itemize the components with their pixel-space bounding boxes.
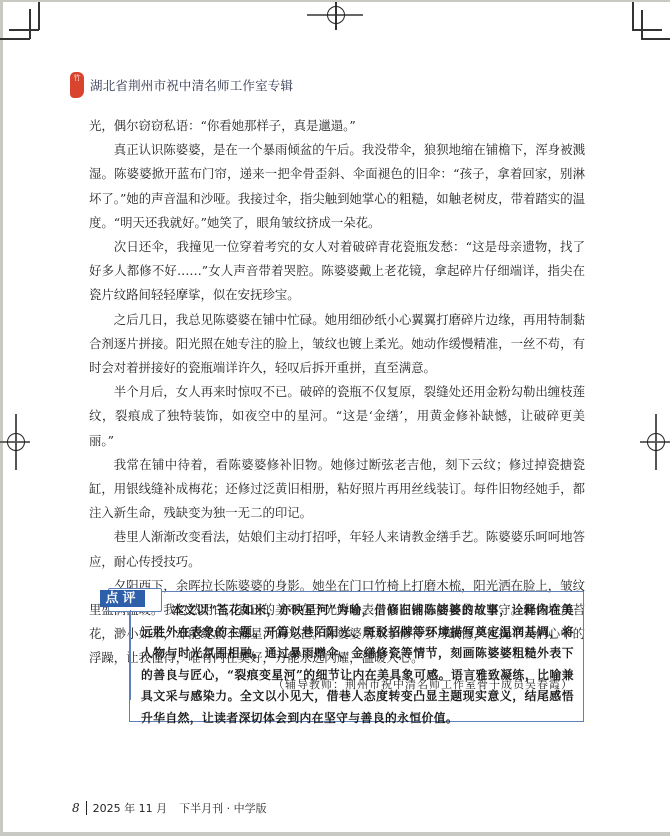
running-header: 竹 湖北省荆州市祝中清名师工作室专辑 xyxy=(70,72,293,98)
review-paragraph: 本文以“苔花如米，亦映星河”为喻，借修旧铺陈婆婆的故事，诠释内在美远胜外在表象的… xyxy=(141,600,574,730)
review-tag-label: 点评 xyxy=(100,590,145,607)
publication-name: 下半月刊 · 中学版 xyxy=(179,800,267,816)
paragraph: 半个月后，女人再来时惊叹不已。破碎的瓷瓶不仅复原，裂缝处还用金粉勾勒出缠枝莲纹，… xyxy=(89,380,585,453)
paragraph: 巷里人渐渐改变看法，姑娘们主动打招呼，年轻人来请教金缮手艺。陈婆婆乐呵呵地答应，… xyxy=(89,525,585,573)
issue-date: 2025 年 11 月 xyxy=(93,800,167,816)
crop-mark-top-right xyxy=(641,10,643,40)
page-footer: 8 2025 年 11 月 下半月刊 · 中学版 xyxy=(72,800,267,816)
seal-logo-icon: 竹 xyxy=(70,72,84,98)
paragraph: 我常在铺中待着，看陈婆婆修补旧物。她修过断弦老吉他，刻下云纹；修过掉瓷搪瓷缸，用… xyxy=(89,453,585,526)
crop-mark-top-left xyxy=(29,9,31,39)
paragraph: 光，偶尔窃窃私语：“你看她那样子，真是邋遢。” xyxy=(89,114,585,138)
registration-mark-left xyxy=(7,433,25,451)
review-text: 本文以“苔花如米，亦映星河”为喻，借修旧铺陈婆婆的故事，诠释内在美远胜外在表象的… xyxy=(141,600,574,730)
crop-mark-top-right xyxy=(641,38,670,40)
paragraph: 次日还伞，我撞见一位穿着考究的女人对着破碎青花瓷瓶发愁：“这是母亲遗物，找了好多… xyxy=(89,235,585,308)
paragraph: 真正认识陈婆婆，是在一个暴雨倾盆的午后。我没带伞，狼狈地缩在铺檐下，浑身被溅湿。… xyxy=(89,138,585,235)
header-title: 湖北省荆州市祝中清名师工作室专辑 xyxy=(90,76,293,94)
paragraph: 之后几日，我总见陈婆婆在铺中忙碌。她用细砂纸小心翼翼打磨碎片边缘，再用特制黏合剂… xyxy=(89,308,585,381)
review-tag-stem xyxy=(130,610,131,700)
crop-mark-top-left xyxy=(0,38,30,40)
footer-divider xyxy=(86,801,87,815)
page-number: 8 xyxy=(72,801,80,815)
crop-mark-top-right xyxy=(632,29,662,31)
registration-mark-right xyxy=(647,433,665,451)
crop-mark-top-left xyxy=(9,29,39,31)
crop-mark-top-left xyxy=(38,2,40,30)
registration-mark-top xyxy=(327,6,345,24)
crop-mark-top-right xyxy=(632,2,634,30)
